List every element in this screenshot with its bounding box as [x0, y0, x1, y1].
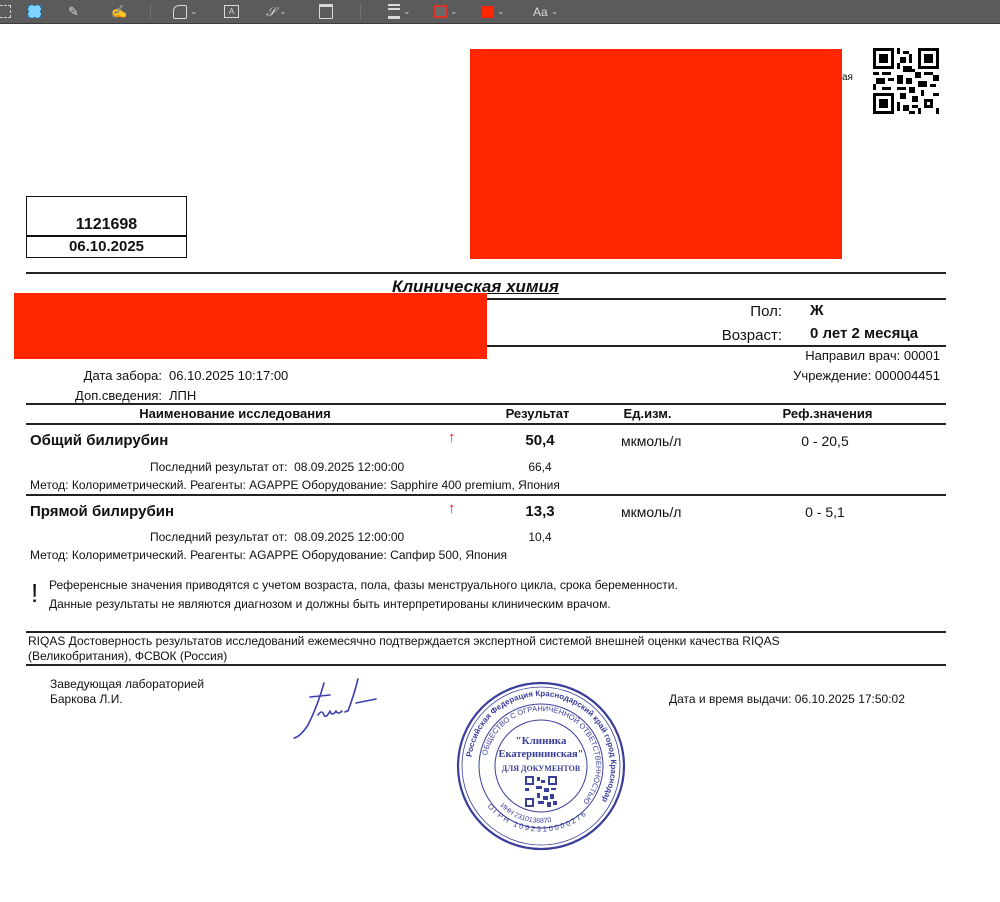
column-header-ref: Реф.значения: [760, 406, 895, 421]
divider: [26, 631, 946, 633]
sketch-icon: ✎: [68, 4, 79, 20]
extra-info-label: Доп.сведения:: [40, 388, 162, 403]
text-box-button[interactable]: A: [224, 3, 239, 20]
chevron-down-icon: ⌄: [190, 6, 198, 17]
last-result-date: 08.09.2025 12:00:00: [294, 530, 404, 544]
note-not-diagnosis: Данные результаты не являются диагнозом …: [49, 597, 611, 611]
test-name: Общий билирубин: [30, 432, 168, 449]
fill-color-icon: [482, 6, 494, 18]
note-reference-values: Референсные значения приводятся с учетом…: [49, 578, 678, 592]
test-ref: 0 - 20,5: [780, 433, 870, 449]
note-icon: [319, 4, 333, 19]
test-name: Прямой билирубин: [30, 503, 174, 520]
referring-doctor: Направил врач: 00001: [640, 348, 940, 363]
sample-id-box: 1121698 06.10.2025: [26, 196, 187, 258]
selection-rect-button[interactable]: [0, 3, 11, 20]
chevron-down-icon: ⌄: [279, 6, 287, 17]
last-result-label: Последний результат от: 08.09.2025 12:00…: [150, 530, 404, 544]
divider: [26, 664, 946, 666]
issue-datetime: Дата и время выдачи: 06.10.2025 17:50:02: [669, 692, 905, 706]
selection-smart-icon: [28, 5, 41, 18]
divider: [486, 298, 946, 300]
last-result-value: 66,4: [515, 460, 565, 474]
chevron-down-icon: ⌄: [450, 6, 458, 17]
fill-color-button[interactable]: ⌄: [482, 3, 505, 20]
last-result-date: 08.09.2025 12:00:00: [294, 460, 404, 474]
shapes-icon: [173, 5, 187, 19]
column-header-unit: Ед.изм.: [605, 406, 690, 421]
sample-number: 1121698: [27, 216, 186, 234]
text-style-icon: Aa: [533, 5, 548, 19]
method-text: Метод: Колориметрический. Реагенты: AGAP…: [30, 478, 560, 492]
signature-icon: 𝒮: [266, 4, 276, 20]
shape-style-icon: [388, 4, 400, 19]
divider: [26, 494, 946, 496]
collection-label: Дата забора:: [40, 368, 162, 383]
last-result-label: Последний результат от: 08.09.2025 12:00…: [150, 460, 404, 474]
divider: [26, 403, 946, 405]
warning-icon: !: [31, 578, 38, 609]
signature-button[interactable]: 𝒮 ⌄: [266, 3, 287, 20]
sex-label: Пол:: [700, 303, 782, 320]
method-text: Метод: Колориметрический. Реагенты: AGAP…: [30, 548, 507, 562]
institution-value: 000004451: [875, 368, 940, 383]
chevron-down-icon: ⌄: [403, 6, 411, 17]
divider: [26, 272, 946, 274]
test-result: 50,4: [505, 432, 575, 449]
note-button[interactable]: [319, 3, 333, 20]
collection-value: 06.10.2025 10:17:00: [169, 368, 288, 383]
arrow-up-icon: ↑: [448, 500, 456, 517]
riqas-line-2: (Великобритания), ФСВОК (Россия): [28, 649, 227, 663]
qr-code: [873, 48, 939, 114]
text-style-button[interactable]: Aa ⌄: [533, 3, 558, 20]
stamp-qr-icon: [525, 776, 557, 807]
patient-redaction-block: [14, 293, 487, 359]
test-unit: мкмоль/л: [621, 433, 681, 449]
divider: [487, 345, 946, 347]
age-label: Возраст:: [680, 327, 782, 344]
age-value: 0 лет 2 месяца: [810, 325, 918, 342]
lab-head-name: Баркова Л.И.: [50, 692, 123, 706]
chevron-down-icon: ⌄: [551, 6, 559, 17]
signature: [290, 675, 385, 745]
border-color-button[interactable]: ⌄: [434, 3, 458, 20]
selection-smart-button[interactable]: [28, 3, 41, 20]
draw-icon: ✍: [111, 4, 127, 20]
text-box-icon: A: [224, 5, 239, 18]
partial-header-text: ая: [842, 72, 853, 83]
shapes-button[interactable]: ⌄: [173, 3, 198, 20]
lab-head-title: Заведующая лабораторией: [50, 677, 204, 691]
issue-value: 06.10.2025 17:50:02: [795, 692, 905, 706]
clinic-stamp: Российская Федерация Краснодарский край …: [455, 680, 627, 852]
riqas-line-1: RIQAS Достоверность результатов исследов…: [28, 634, 780, 648]
draw-button[interactable]: ✍: [111, 3, 127, 20]
selection-rect-icon: [0, 5, 11, 18]
shape-style-button[interactable]: ⌄: [388, 3, 411, 20]
redaction-block: [470, 49, 842, 259]
divider: [26, 423, 946, 425]
arrow-up-icon: ↑: [448, 429, 456, 446]
test-unit: мкмоль/л: [621, 504, 681, 520]
column-header-name: Наименование исследования: [100, 406, 370, 421]
test-result: 13,3: [505, 503, 575, 520]
test-ref: 0 - 5,1: [780, 504, 870, 520]
chevron-down-icon: ⌄: [497, 6, 505, 17]
extra-info-value: ЛПН: [169, 388, 196, 403]
stamp-name-line-1: "Клиника: [516, 735, 567, 747]
doctor-value: 00001: [904, 348, 940, 363]
issue-label: Дата и время выдачи:: [669, 692, 791, 706]
toolbar-divider: [150, 3, 151, 20]
institution: Учреждение: 000004451: [640, 368, 940, 383]
stamp-name-line-2: Екатерининская": [498, 749, 583, 760]
border-color-icon: [434, 5, 447, 18]
doctor-label: Направил врач:: [805, 348, 900, 363]
last-result-value: 10,4: [515, 530, 565, 544]
sample-date: 06.10.2025: [27, 238, 186, 255]
sex-value: Ж: [810, 302, 824, 319]
markup-toolbar: ✎ ✍ ⌄ A 𝒮 ⌄ ⌄ ⌄ ⌄ Aa ⌄: [0, 0, 1000, 24]
toolbar-divider: [360, 3, 361, 20]
institution-label: Учреждение:: [793, 368, 871, 383]
stamp-purpose: ДЛЯ ДОКУМЕНТОВ: [502, 764, 581, 773]
sketch-button[interactable]: ✎: [68, 3, 79, 20]
column-header-result: Результат: [490, 406, 585, 421]
